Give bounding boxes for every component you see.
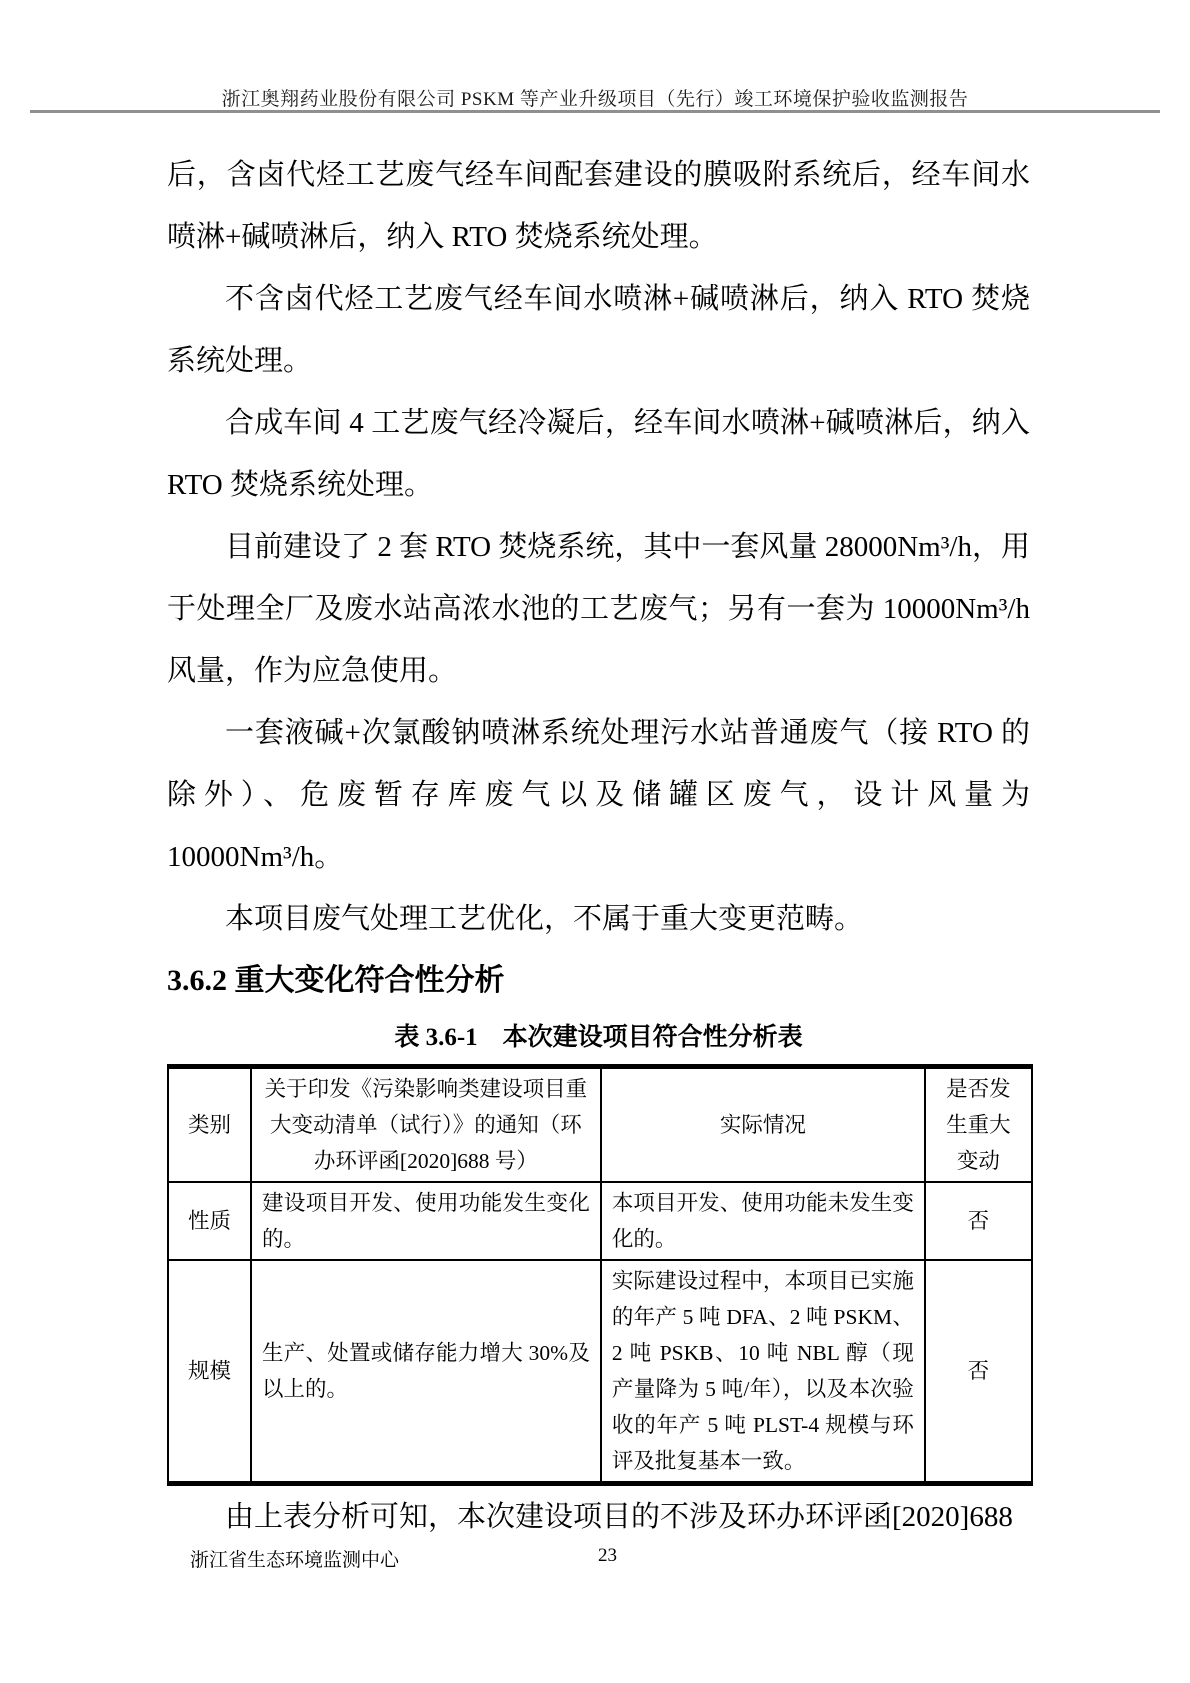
report-page: 浙江奥翔药业股份有限公司 PSKM 等产业升级项目（先行）竣工环境保护验收监测报…: [0, 0, 1190, 1683]
cell-category: 规模: [168, 1260, 251, 1484]
cell-category: 性质: [168, 1182, 251, 1260]
body-paragraph: 后，含卤代烃工艺废气经车间配套建设的膜吸附系统后，经车间水喷淋+碱喷淋后，纳入 …: [167, 144, 1030, 268]
cell-major-change: 否: [925, 1182, 1032, 1260]
page-header-title: 浙江奥翔药业股份有限公司 PSKM 等产业升级项目（先行）竣工环境保护验收监测报…: [0, 84, 1190, 111]
body-paragraph: 目前建设了 2 套 RTO 焚烧系统，其中一套风量 28000Nm³/h，用于处…: [167, 516, 1030, 702]
cell-major-change: 否: [925, 1260, 1032, 1484]
header-cell-actual: 实际情况: [601, 1067, 925, 1183]
cell-actual: 本项目开发、使用功能未发生变化的。: [601, 1182, 925, 1260]
body-paragraph: 一套液碱+次氯酸钠喷淋系统处理污水站普通废气（接 RTO 的除外）、危废暂存库废…: [167, 702, 1030, 888]
footer-page-number: 23: [598, 1545, 617, 1567]
body-paragraph: 不含卤代烃工艺废气经车间水喷淋+碱喷淋后，纳入 RTO 焚烧系统处理。: [167, 268, 1030, 392]
cell-notice: 建设项目开发、使用功能发生变化的。: [251, 1182, 601, 1260]
body-paragraph: 合成车间 4 工艺废气经冷凝后，经车间水喷淋+碱喷淋后，纳入 RTO 焚烧系统处…: [167, 392, 1030, 516]
header-rule: [30, 110, 1160, 113]
header-cell-category: 类别: [168, 1067, 251, 1183]
footer-organization: 浙江省生态环境监测中心: [190, 1545, 399, 1572]
page-content: 后，含卤代烃工艺废气经车间配套建设的膜吸附系统后，经车间水喷淋+碱喷淋后，纳入 …: [167, 144, 1030, 1548]
table-row: 规模 生产、处置或储存能力增大 30%及以上的。 实际建设过程中，本项目已实施的…: [168, 1260, 1032, 1484]
table-header-row: 类别 关于印发《污染影响类建设项目重大变动清单（试行）》的通知（环办环评函[20…: [168, 1067, 1032, 1183]
header-cell-major-change: 是否发生重大变动: [925, 1067, 1032, 1183]
cell-notice: 生产、处置或储存能力增大 30%及以上的。: [251, 1260, 601, 1484]
body-paragraph: 本项目废气处理工艺优化，不属于重大变更范畴。: [167, 888, 1030, 950]
cell-actual: 实际建设过程中，本项目已实施的年产 5 吨 DFA、2 吨 PSKM、2 吨 P…: [601, 1260, 925, 1484]
header-cell-notice: 关于印发《污染影响类建设项目重大变动清单（试行）》的通知（环办环评函[2020]…: [251, 1067, 601, 1183]
section-heading: 3.6.2 重大变化符合性分析: [167, 950, 1030, 1012]
closing-paragraph: 由上表分析可知，本次建设项目的不涉及环办环评函[2020]688: [167, 1486, 1030, 1548]
table-title: 表 3.6-1 本次建设项目符合性分析表: [167, 1012, 1030, 1064]
table-row: 性质 建设项目开发、使用功能发生变化的。 本项目开发、使用功能未发生变化的。 否: [168, 1182, 1032, 1260]
compliance-table: 类别 关于印发《污染影响类建设项目重大变动清单（试行）》的通知（环办环评函[20…: [167, 1064, 1033, 1486]
